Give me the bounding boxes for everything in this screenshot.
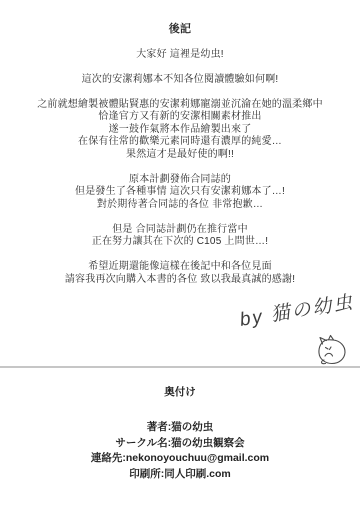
afterword-paragraph: 之前就想繪製被體貼賢惠的安潔莉娜寵溺並沉淪在她的溫柔鄉中恰逢官方又有新的安潔相關…	[0, 99, 360, 162]
colophon-lines: 著者:猫の幼虫サークル名:猫の幼虫観察会連絡先:nekonoyouchuu@gm…	[0, 419, 360, 481]
text-line: 遂一鼓作氣將本作品繪製出來了	[0, 124, 360, 137]
signature-text: by 猫の幼虫	[238, 292, 355, 331]
text-line: 這次的安潔莉娜本不知各位閱讀體驗如何啊!	[0, 74, 360, 87]
afterword-section: 後記 大家好 這裡是幼虫!這次的安潔莉娜本不知各位閱讀體驗如何啊!之前就想繪製被…	[0, 0, 360, 286]
afterword-paragraph: 原本計劃發佈合同誌的但是發生了各種事情 這次只有安潔莉娜本了…!對於期待著合同誌…	[0, 174, 360, 212]
text-line: 連絡先:nekonoyouchuu@gmail.com	[0, 450, 360, 466]
afterword-paragraph: 這次的安潔莉娜本不知各位閱讀體驗如何啊!	[0, 74, 360, 87]
text-line: 在保有往常的歡樂元素同時還有濃厚的純愛…	[0, 136, 360, 149]
text-line: 對於期待著合同誌的各位 非常抱歉…	[0, 199, 360, 212]
afterword-paragraphs: 大家好 這裡是幼虫!這次的安潔莉娜本不知各位閱讀體驗如何啊!之前就想繪製被體貼賢…	[0, 49, 360, 287]
afterword-title: 後記	[0, 23, 360, 36]
text-line: 著者:猫の幼虫	[0, 419, 360, 435]
text-line: サークル名:猫の幼虫観察会	[0, 435, 360, 451]
text-line: 但是 合同誌計劃仍在推行當中	[0, 224, 360, 237]
colophon-line: 印刷所:同人印刷.com	[0, 466, 360, 482]
colophon-title: 奥付け	[0, 384, 360, 397]
text-line: 之前就想繪製被體貼賢惠的安潔莉娜寵溺並沉淪在她的溫柔鄉中	[0, 99, 360, 112]
text-line: 大家好 這裡是幼虫!	[0, 49, 360, 62]
colophon-section: 奥付け 著者:猫の幼虫サークル名:猫の幼虫観察会連絡先:nekonoyouchu…	[0, 384, 360, 481]
text-line: 原本計劃發佈合同誌的	[0, 174, 360, 187]
afterword-paragraph: 希望近期還能像這樣在後記中和各位見面請容我再次向購入本書的各位 致以我最真誠的感…	[0, 261, 360, 286]
cat-doodle-icon	[316, 334, 348, 366]
text-line: 正在努力讓其在下次的 C105 上問世…!	[0, 236, 360, 249]
author-signature: by 猫の幼虫	[237, 287, 355, 332]
afterword-page: 後記 大家好 這裡是幼虫!這次的安潔莉娜本不知各位閱讀體驗如何啊!之前就想繪製被…	[0, 0, 360, 508]
section-divider	[0, 366, 360, 368]
afterword-paragraph: 大家好 這裡是幼虫!	[0, 49, 360, 62]
colophon-line: 著者:猫の幼虫	[0, 419, 360, 435]
colophon-line: サークル名:猫の幼虫観察会	[0, 435, 360, 451]
text-line: 希望近期還能像這樣在後記中和各位見面	[0, 261, 360, 274]
text-line: 請容我再次向購入本書的各位 致以我最真誠的感謝!	[0, 274, 360, 287]
text-line: 印刷所:同人印刷.com	[0, 466, 360, 482]
text-line: 果然這才是最好使的啊!!	[0, 149, 360, 162]
text-line: 但是發生了各種事情 這次只有安潔莉娜本了…!	[0, 186, 360, 199]
afterword-paragraph: 但是 合同誌計劃仍在推行當中正在努力讓其在下次的 C105 上問世…!	[0, 224, 360, 249]
colophon-line: 連絡先:nekonoyouchuu@gmail.com	[0, 450, 360, 466]
text-line: 恰逢官方又有新的安潔相關素材推出	[0, 111, 360, 124]
